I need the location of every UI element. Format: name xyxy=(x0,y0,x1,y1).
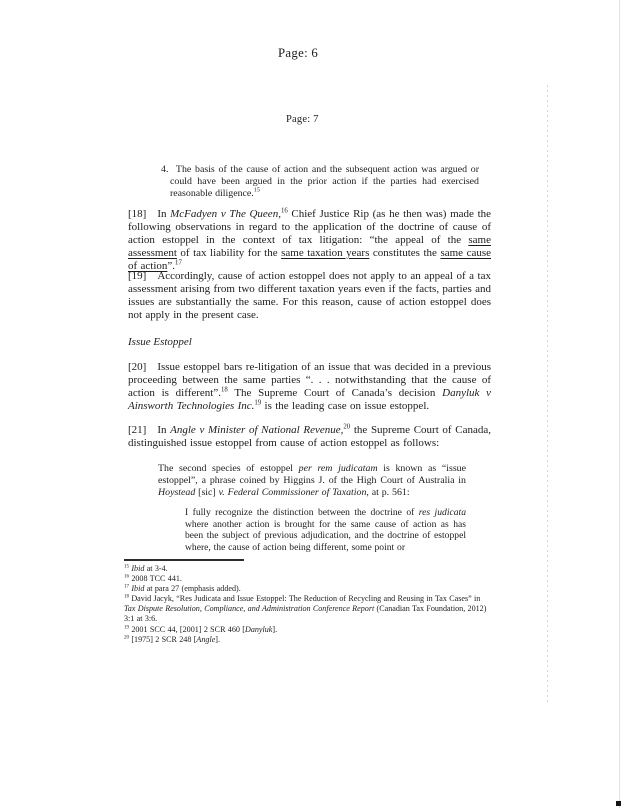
footnote-19: 19 2001 SCC 44, [2001] 2 SCR 460 [Danylu… xyxy=(124,625,492,635)
quoted-list-item-4: 4. The basis of the cause of action and … xyxy=(161,164,479,200)
footnote-15: 15 Ibid at 3-4. xyxy=(124,564,492,574)
scan-artifact-dot xyxy=(616,801,621,806)
footnote-20: 20 [1975] 2 SCR 248 [Angle]. xyxy=(124,635,492,645)
footnote-18: 18 David Jacyk, “Res Judicata and Issue … xyxy=(124,594,492,624)
footnotes-section: 15 Ibid at 3-4. 16 2008 TCC 441. 17 Ibid… xyxy=(124,564,492,645)
section-heading-issue-estoppel: Issue Estoppel xyxy=(128,336,192,348)
footnote-16: 16 2008 TCC 441. xyxy=(124,574,492,584)
paragraph-18: [18] In McFadyen v The Queen,16 Chief Ju… xyxy=(128,208,491,273)
page7-number-label: Page: 7 xyxy=(286,114,319,125)
paragraph-21: [21] In Angle v Minister of National Rev… xyxy=(128,424,491,450)
footnote-17: 17 Ibid at para 27 (emphasis added). xyxy=(124,584,492,594)
scanned-document-page: Page: 6 Page: 7 4. The basis of the caus… xyxy=(0,0,623,808)
block-quote-angle: The second species of estoppel per rem j… xyxy=(158,463,466,499)
footnote-separator xyxy=(124,559,244,561)
nested-quote-hoystead: I fully recognize the distinction betwee… xyxy=(185,507,466,553)
paragraph-20: [20] Issue estoppel bars re-litigation o… xyxy=(128,361,491,413)
page6-right-edge-line xyxy=(619,0,620,808)
page6-number-label: Page: 6 xyxy=(278,46,318,61)
page7-right-edge-line xyxy=(547,85,548,705)
paragraph-19: [19] Accordingly, cause of action estopp… xyxy=(128,270,491,322)
